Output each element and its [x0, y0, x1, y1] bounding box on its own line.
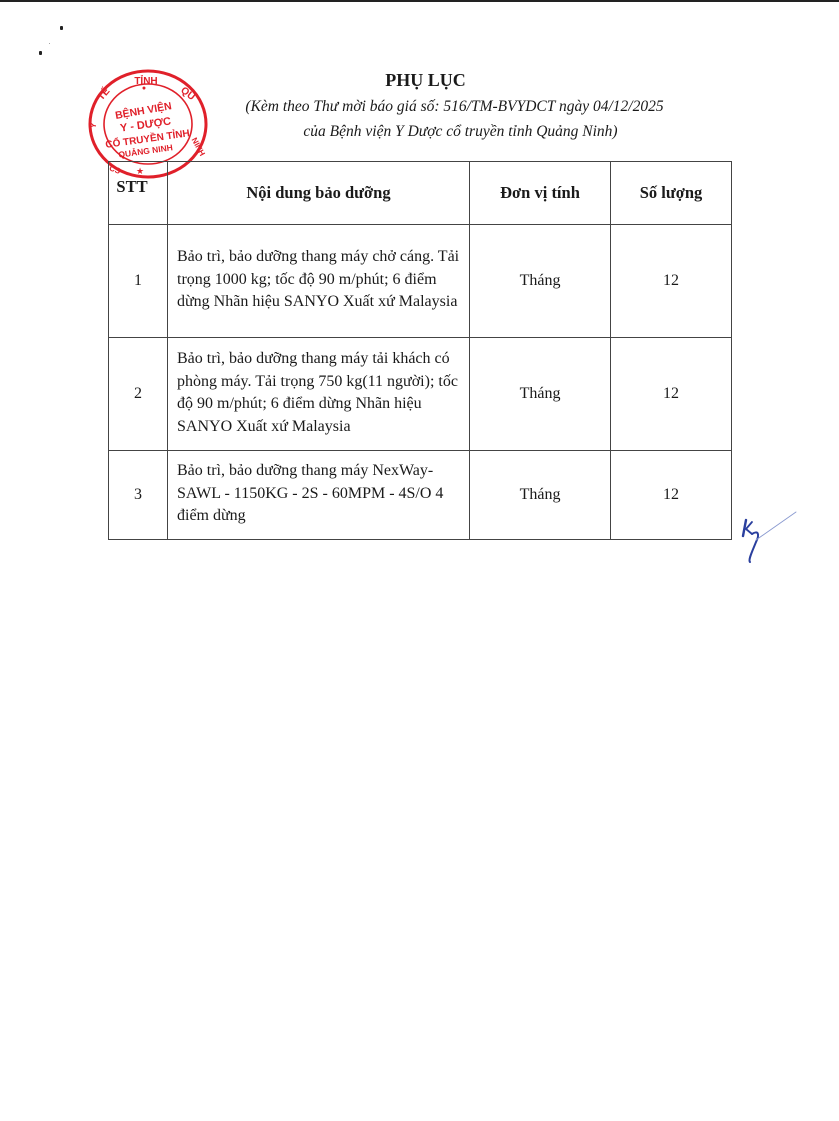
svg-text:QUẢNG NINH: QUẢNG NINH	[118, 141, 174, 160]
maintenance-table: STT Nội dung bảo dưỡng Đơn vị tính Số lư…	[108, 161, 732, 540]
cell-quantity: 12	[611, 451, 732, 540]
cell-unit: Tháng	[470, 451, 611, 540]
header-content: Nội dung bảo dưỡng	[168, 162, 470, 225]
signature-initials-icon	[738, 510, 798, 570]
cell-unit: Tháng	[470, 338, 611, 451]
header-unit: Đơn vị tính	[470, 162, 611, 225]
cell-content: Bảo trì, bảo dưỡng thang máy chở cáng. T…	[168, 225, 470, 338]
cell-stt: 2	[109, 338, 168, 451]
scan-speck	[39, 51, 42, 55]
page-top-border	[0, 0, 839, 2]
cell-stt: 1	[109, 225, 168, 338]
document-title: PHỤ LỤC	[0, 70, 839, 91]
table-row: 2 Bảo trì, bảo dưỡng thang máy tải khách…	[109, 338, 732, 451]
scan-speck	[60, 26, 63, 30]
table-header-row: STT Nội dung bảo dưỡng Đơn vị tính Số lư…	[109, 162, 732, 225]
cell-content: Bảo trì, bảo dưỡng thang máy NexWay-SAWL…	[168, 451, 470, 540]
cell-quantity: 12	[611, 225, 732, 338]
header-quantity: Số lượng	[611, 162, 732, 225]
cell-stt: 3	[109, 451, 168, 540]
table-row: 3 Bảo trì, bảo dưỡng thang máy NexWay-SA…	[109, 451, 732, 540]
header-stt: STT	[109, 162, 168, 225]
document-subtitle-line-2: của Bệnh viện Y Dược cổ truyền tỉnh Quản…	[0, 123, 839, 141]
table-row: 1 Bảo trì, bảo dưỡng thang máy chở cáng.…	[109, 225, 732, 338]
cell-unit: Tháng	[470, 225, 611, 338]
cell-quantity: 12	[611, 338, 732, 451]
cell-content: Bảo trì, bảo dưỡng thang máy tải khách c…	[168, 338, 470, 451]
document-subtitle-line-1: (Kèm theo Thư mời báo giá số: 516/TM-BVY…	[0, 98, 839, 116]
scan-speck	[49, 43, 50, 44]
